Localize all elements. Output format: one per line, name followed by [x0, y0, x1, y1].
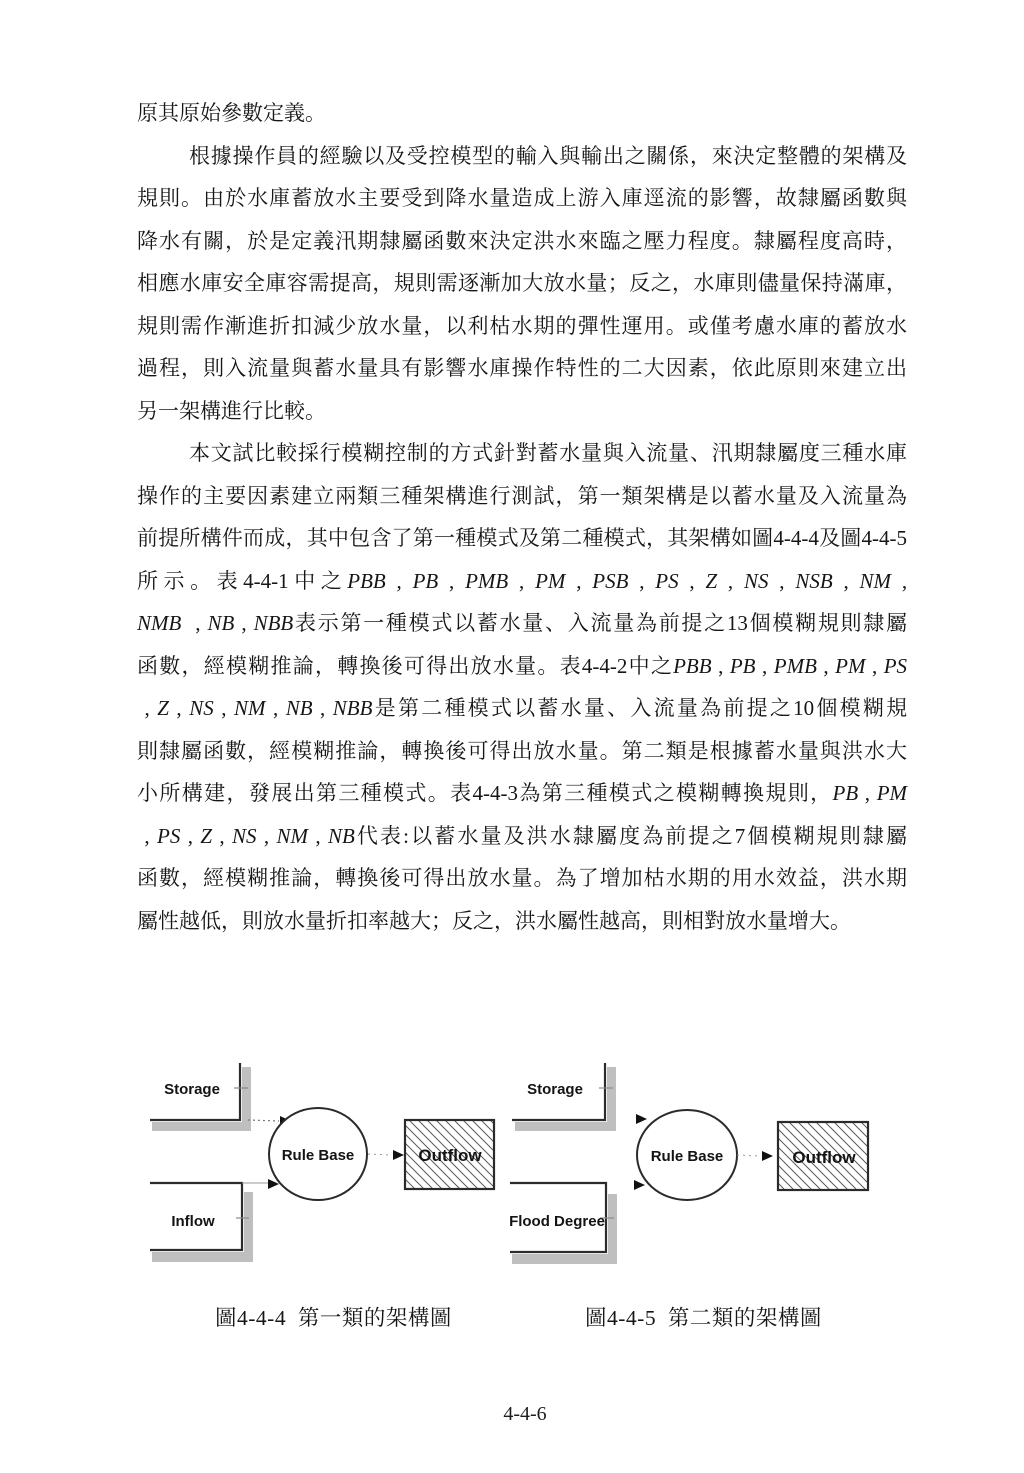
text-line: 前提所構件而成，其中包含了第一種模式及第二種模式，其架構如圖4-4-4及圖4-4…: [137, 517, 907, 560]
fig2-flood-degree-box: Flood Degree: [509, 1183, 617, 1264]
text-line: NMB , NB , NBB表示第一種模式以蓄水量、入流量為前提之13個模糊規則…: [137, 602, 907, 645]
fig1-rule-base-label: Rule Base: [282, 1147, 355, 1164]
text-line: 規則需作漸進折扣減少放水量，以利枯水期的彈性運用。或僅考慮水庫的蓄放水: [137, 305, 907, 348]
text-line: 另一架構進行比較。: [137, 390, 907, 433]
fig1-outflow-label: Outflow: [418, 1146, 482, 1165]
fig1-storage-label: Storage: [164, 1081, 220, 1098]
figure-caption-1: 圖4-4-4 第一類的架構圖: [215, 1301, 452, 1332]
architecture-figures: Storage Inflow Rule Base Outflow: [0, 1040, 1024, 1300]
fig2-storage-label: Storage: [527, 1081, 583, 1098]
fig2-rule-base-label: Rule Base: [651, 1148, 724, 1165]
page: 原其原始參數定義。根據操作員的經驗以及受控模型的輸入與輸出之關係，來決定整體的架…: [0, 0, 1024, 1473]
body-text: 原其原始參數定義。根據操作員的經驗以及受控模型的輸入與輸出之關係，來決定整體的架…: [137, 92, 907, 942]
fig1-inflow-box: Inflow: [150, 1183, 253, 1262]
text-line: 規則。由於水庫蓄放水主要受到降水量造成上游入庫逕流的影響，故隸屬函數與: [137, 177, 907, 220]
fig1-storage-box: Storage: [150, 1063, 251, 1131]
fig1-rule-base-circle: Rule Base: [269, 1108, 367, 1200]
text-line: 則隸屬函數，經模糊推論，轉換後可得出放水量。第二類是根據蓄水量與洪水大: [137, 730, 907, 773]
text-line: 函數，經模糊推論，轉換後可得出放水量。表4-4-2中之PBB , PB , PM…: [137, 645, 907, 688]
fig2-outflow-label: Outflow: [792, 1148, 856, 1167]
text-line: 操作的主要因素建立兩類三種架構進行測試，第一類架構是以蓄水量及入流量為: [137, 475, 907, 518]
fig1-inflow-label: Inflow: [171, 1213, 215, 1230]
fig1-arrow-inflow-to-rulebase: [242, 1179, 279, 1189]
figure-caption-2: 圖4-4-5 第二類的架構圖: [585, 1301, 822, 1332]
fig2-arrow-storage-to-rulebase: [636, 1114, 647, 1124]
text-line: , PS , Z , NS , NM , NB代表:以蓄水量及洪水隸屬度為前提之…: [137, 815, 907, 858]
text-line: 小所構建，發展出第三種模式。表4-4-3為第三種模式之模糊轉換規則，PB , P…: [137, 772, 907, 815]
text-line: 屬性越低，則放水量折扣率越大；反之，洪水屬性越高，則相對放水量增大。: [137, 900, 907, 943]
fig1-arrow-rulebase-to-outflow: [368, 1150, 404, 1160]
fig2-flood-degree-label: Flood Degree: [509, 1213, 605, 1230]
fig2-storage-box: Storage: [512, 1063, 616, 1131]
page-number: 4-4-6: [400, 1403, 650, 1426]
text-line: 本文試比較採行模糊控制的方式針對蓄水量與入流量、汛期隸屬度三種水庫: [137, 432, 907, 475]
text-line: , Z , NS , NM , NB , NBB是第二種模式以蓄水量、入流量為前…: [137, 687, 907, 730]
text-line: 函數，經模糊推論，轉換後可得出放水量。為了增加枯水期的用水效益，洪水期: [137, 857, 907, 900]
text-line: 根據操作員的經驗以及受控模型的輸入與輸出之關係，來決定整體的架構及: [137, 135, 907, 178]
fig2-outflow-box: Outflow: [778, 1122, 868, 1190]
fig2-rule-base-circle: Rule Base: [637, 1110, 737, 1200]
fig2-arrow-rulebase-to-outflow: [737, 1151, 773, 1161]
text-line: 過程，則入流量與蓄水量具有影響水庫操作特性的二大因素，依此原則來建立出: [137, 347, 907, 390]
text-line: 所示。表4-4-1中之PBB , PB , PMB , PM , PSB , P…: [137, 560, 907, 603]
fig2-arrow-flood-to-rulebase: [634, 1180, 645, 1190]
text-line: 原其原始參數定義。: [137, 92, 907, 135]
text-line: 降水有關，於是定義汛期隸屬函數來決定洪水來臨之壓力程度。隸屬程度高時，: [137, 220, 907, 263]
text-line: 相應水庫安全庫容需提高，規則需逐漸加大放水量；反之，水庫則儘量保持滿庫，: [137, 262, 907, 305]
fig1-outflow-box: Outflow: [405, 1120, 494, 1189]
